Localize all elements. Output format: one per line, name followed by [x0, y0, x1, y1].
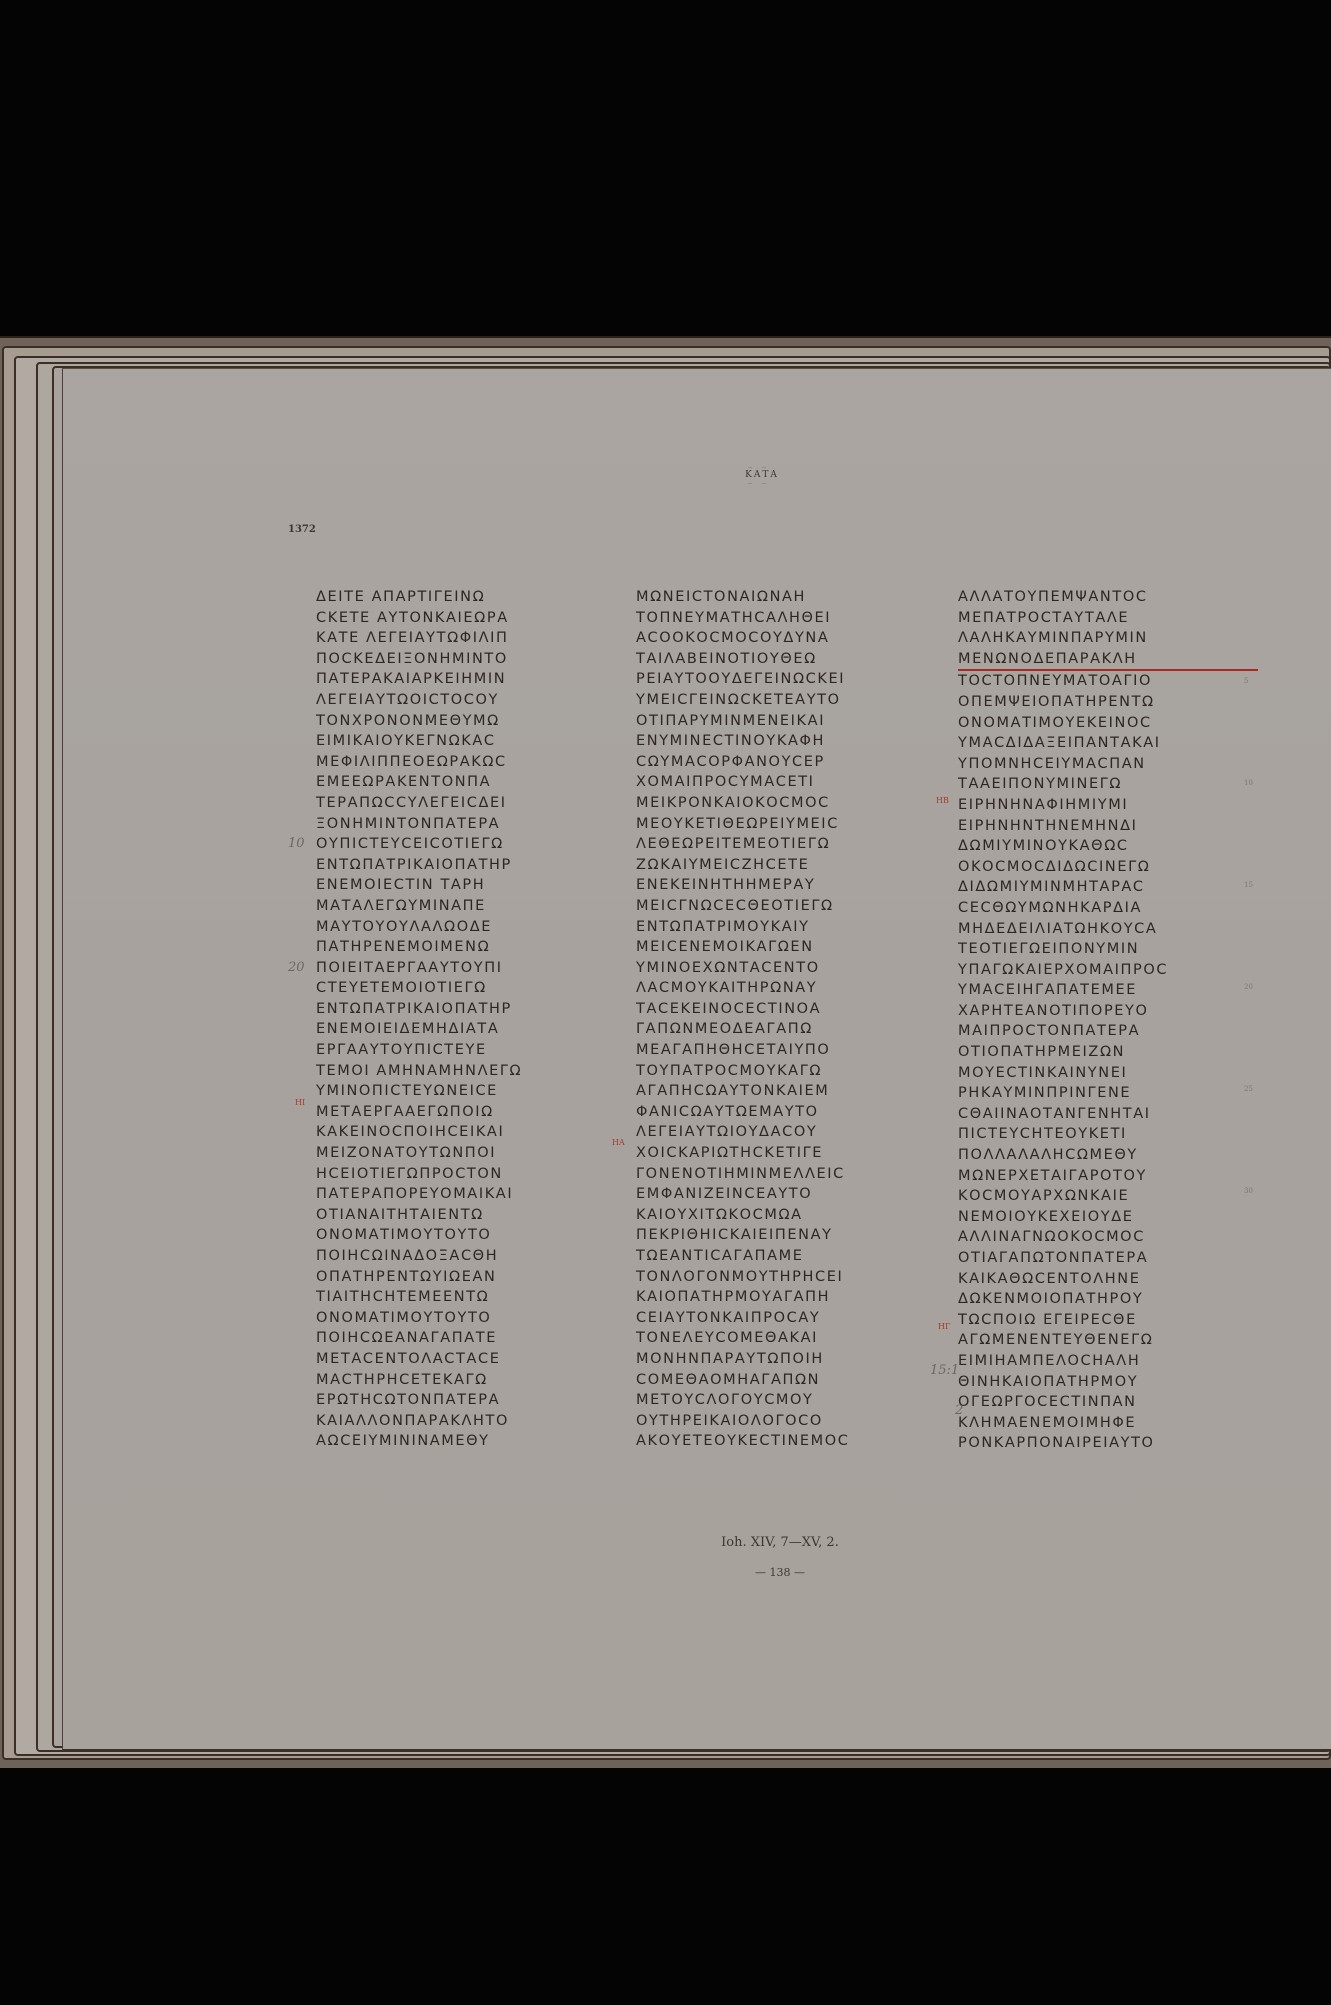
text-line: ΜΕΟΥΚΕΤΙΘΕΩΡΕΙΥΜΕΙC: [636, 814, 936, 835]
text-line: ΑΚΟΥΕΤΕΟΥΚΕCΤΙΝΕΜΟC: [636, 1431, 936, 1452]
text-line: ΔΩΜΙΥΜΙΝΟΥΚΑΘΩC: [958, 836, 1258, 857]
text-line: ΠΑΤΗΡΕΝΕΜΟΙΜΕΝΩ: [316, 937, 616, 958]
text-line: ΚΟCΜΟΥΑΡΧΩΝΚΑΙΕ: [958, 1186, 1258, 1207]
column-number: 1372: [288, 524, 316, 535]
text-line: ΚΑΤΕ ΛΕΓΕΙΑΥΤΩΦΙΛΙΠ: [316, 628, 616, 649]
text-line: ΟΝΟΜΑΤΙΜΟΥΤΟΥΤΟ: [316, 1225, 616, 1246]
text-line: ΕΜΦΑΝΙΖΕΙΝCΕΑΥΤΟ: [636, 1184, 936, 1205]
text-line: ΠΑΤΕΡΑΚΑΙΑΡΚΕΙΗΜΙΝ: [316, 669, 616, 690]
text-line: ΛΑCΜΟΥΚΑΙΤΗΡΩΝΑΥ: [636, 978, 936, 999]
text-line: ΜΩΝΕΙCΤΟΝΑΙΩΝΑΗ: [636, 587, 936, 608]
text-line: ΜΕΙCΕΝΕΜΟΙΚΑΓΩΕΝ: [636, 937, 936, 958]
text-line: ΤΙΑΙΤΗCΗΤΕΜΕΕΝΤΩ: [316, 1287, 616, 1308]
text-line: ΟΥΠΙCΤΕΥCΕΙCΟΤΙΕΓΩ: [316, 834, 616, 855]
text-line: ΚΑΚΕΙΝΟCΠΟΙΗCΕΙΚΑΙ: [316, 1122, 616, 1143]
text-line: ΕΝΤΩΠΑΤΡΙΜΟΥΚΑΙΥ: [636, 917, 936, 938]
text-line: ΟΝΟΜΑΤΙΜΟΥΕΚΕΙΝΟC: [958, 713, 1258, 734]
text-line: ΛΕΓΕΙΑΥΤΩΙΟΥΔΑCΟΥ: [636, 1122, 936, 1143]
text-line: ΚΑΙΚΑΘΩCΕΝΤΟΛΗΝΕ: [958, 1269, 1258, 1290]
text-line: ΜΕΙΖΟΝΑΤΟΥΤΩΝΠΟΙ: [316, 1143, 616, 1164]
text-column-1: ΔΕΙΤΕ ΑΠΑΡΤΙΓΕΙΝΩ CΚΕΤΕ ΑΥΤΟΝΚΑΙΕΩΡΑ ΚΑΤ…: [316, 587, 616, 1452]
text-line: ΟΥΤΗΡΕΙΚΑΙΟΛΟΓΟCΟ: [636, 1411, 936, 1432]
text-line: ΥΠΟΜΝΗCΕΙΥΜΑCΠΑΝ: [958, 754, 1258, 775]
text-line: ΜΕΠΑΤΡΟCΤΑΥΤΑΛΕ: [958, 608, 1258, 629]
line-number: 15: [1244, 881, 1253, 889]
text-line: ΦΑΝΙCΩΑΥΤΩΕΜΑΥΤΟ: [636, 1102, 936, 1123]
text-line: ΜΕΙCΓΝΩCΕCΘΕΟΤΙΕΓΩ: [636, 896, 936, 917]
text-line: ΟΚΟCΜΟCΔΙΔΩCΙΝΕΓΩ: [958, 857, 1258, 878]
text-line: ΔΩΚΕΝΜΟΙΟΠΑΤΗΡΟΥ: [958, 1289, 1258, 1310]
text-line: ΕΝΕΜΟΙΕΙΔΕΜΗΔΙΑΤΑ: [316, 1019, 616, 1040]
text-line: ΟΤΙΟΠΑΤΗΡΜΕΙΖΩΝ: [958, 1042, 1258, 1063]
text-line: CΩΥΜΑCΟΡΦΑΝΟΥCΕΡ: [636, 752, 936, 773]
text-line: ΠΟΛΛΑΛΑΛΗCΩΜΕΘΥ: [958, 1145, 1258, 1166]
text-line: ΟΓΕΩΡΓΟCΕCΤΙΝΠΑΝ: [958, 1392, 1258, 1413]
text-line: ΕΙΜΙΚΑΙΟΥΚΕΓΝΩΚΑC: [316, 731, 616, 752]
text-line: ΑΛΛΙΝΑΓΝΩΟΚΟCΜΟC: [958, 1227, 1258, 1248]
text-line: ΜΕΤΟΥCΛΟΓΟΥCΜΟΥ: [636, 1390, 936, 1411]
text-line: ΤΩCΠΟΙΩ ΕΓΕΙΡΕCΘΕ: [958, 1310, 1258, 1331]
text-line: ΑΓΑΠΗCΩΑΥΤΟΝΚΑΙΕΜ: [636, 1081, 936, 1102]
text-line: ΧΑΡΗΤΕΑΝΟΤΙΠΟΡΕΥΟ: [958, 1001, 1258, 1022]
text-line: ΤΕΟΤΙΕΓΩΕΙΠΟΝΥΜΙΝ: [958, 939, 1258, 960]
text-line: ΤΑΑΕΙΠΟΝΥΜΙΝΕΓΩ: [958, 774, 1258, 795]
text-line: ΑΛΛΑΤΟΥΠΕΜΨΑΝΤΟC: [958, 587, 1258, 608]
text-line: ΚΛΗΜΑΕΝΕΜΟΙΜΗΦΕ: [958, 1413, 1258, 1434]
text-line: ΕΝΕΚΕΙΝΗΤΗΗΜΕΡΑΥ: [636, 875, 936, 896]
text-line: ΡΕΙΑΥΤΟΟΥΔΕΓΕΙΝΩCΚΕΙ: [636, 669, 936, 690]
text-line: ΚΑΙΟΠΑΤΗΡΜΟΥΑΓΑΠΗ: [636, 1287, 936, 1308]
scripture-reference: Ioh. XIV, 7—XV, 2.: [640, 1535, 920, 1550]
line-number: 25: [1244, 1085, 1253, 1093]
text-line: CΚΕΤΕ ΑΥΤΟΝΚΑΙΕΩΡΑ: [316, 608, 616, 629]
section-number-red: ΗΒ: [936, 796, 949, 805]
text-line: ΧΟΜΑΙΠΡΟCΥΜΑCΕΤΙ: [636, 772, 936, 793]
pencil-verse-note: 2: [955, 1403, 963, 1418]
pencil-verse-note: 20: [288, 960, 305, 975]
text-line: ΟΤΙΠΑΡΥΜΙΝΜΕΝΕΙΚΑΙ: [636, 711, 936, 732]
line-number: 20: [1244, 983, 1253, 991]
text-line: ΑΓΩΜΕΝΕΝΤΕΥΘΕΝΕΓΩ: [958, 1330, 1258, 1351]
text-line: ΥΜΙΝΟΕΧΩΝΤΑCΕΝΤΟ: [636, 958, 936, 979]
pencil-verse-note: 15:1: [930, 1363, 959, 1378]
text-line: ΟΤΙΑΝΑΙΤΗΤΑΙΕΝΤΩ: [316, 1205, 616, 1226]
text-line: ΜΟΝΗΝΠΑΡΑΥΤΩΠΟΙΗ: [636, 1349, 936, 1370]
text-line: ΡΟΝΚΑΡΠΟΝΑΙΡΕΙΑΥΤΟ: [958, 1433, 1258, 1454]
text-line: ΤΟΝΧΡΟΝΟΝΜΕΘΥΜΩ: [316, 711, 616, 732]
text-line: ΘΙΝΗΚΑΙΟΠΑΤΗΡΜΟΥ: [958, 1372, 1258, 1393]
line-number: 30: [1244, 1187, 1253, 1195]
text-line: ΤΕΜΟΙ ΑΜΗΝΑΜΗΝΛΕΓΩ: [316, 1061, 616, 1082]
text-line: ΤΑΙΛΑΒΕΙΝΟΤΙΟΥΘΕΩ: [636, 649, 936, 670]
text-line: CΟΜΕΘΑΟΜΗΑΓΑΠΩΝ: [636, 1370, 936, 1391]
text-line: ΚΑΙΑΛΛΟΝΠΑΡΑΚΛΗΤΟ: [316, 1411, 616, 1432]
text-line: ΜΩΝΕΡΧΕΤΑΙΓΑΡΟΤΟΥ: [958, 1166, 1258, 1187]
text-line: ΕΜΕΕΩΡΑΚΕΝΤΟΝΠΑ: [316, 772, 616, 793]
text-line: ΖΩΚΑΙΥΜΕΙCΖΗCΕΤΕ: [636, 855, 936, 876]
text-line: ΜΕΤΑCΕΝΤΟΛΑCΤΑCΕ: [316, 1349, 616, 1370]
pencil-verse-note: 10: [288, 836, 305, 851]
text-line: ΤΩΕΑΝΤΙCΑΓΑΠΑΜΕ: [636, 1246, 936, 1267]
text-line: ΥΜΕΙCΓΕΙΝΩCΚΕΤΕΑΥΤΟ: [636, 690, 936, 711]
text-line: ΕΝΤΩΠΑΤΡΙΚΑΙΟΠΑΤΗΡ: [316, 999, 616, 1020]
text-column-2: ΜΩΝΕΙCΤΟΝΑΙΩΝΑΗ ΤΟΠΝΕΥΜΑΤΗCΑΛΗΘΕΙ ΑCΟΟΚΟ…: [636, 587, 936, 1452]
section-number-red: ΗΙ: [295, 1098, 305, 1107]
text-line: ΠΟΙΕΙΤΑΕΡΓΑΑΥΤΟΥΠΙ: [316, 958, 616, 979]
text-line: ΟΤΙΑΓΑΠΩΤΟΝΠΑΤΕΡΑ: [958, 1248, 1258, 1269]
text-line: ΛΕΓΕΙΑΥΤΩΟΙCΤΟCΟΥ: [316, 690, 616, 711]
text-line: CΕCΘΩΥΜΩΝΗΚΑΡΔΙΑ: [958, 898, 1258, 919]
text-line: ΔΙΔΩΜΙΥΜΙΝΜΗΤΑΡΑC: [958, 877, 1258, 898]
text-line: ΥΜΙΝΟΠΙCΤΕΥΩΝΕΙCΕ: [316, 1081, 616, 1102]
ornament-icon: ‥‥: [740, 480, 784, 486]
text-line: ΟΠΑΤΗΡΕΝΤΩΥΙΩΕΑΝ: [316, 1267, 616, 1288]
text-line: ΜΗΔΕΔΕΙΛΙΑΤΩΗΚΟΥCΑ: [958, 919, 1258, 940]
page-number: — 138 —: [640, 1566, 920, 1579]
text-line: ΜΕΙΚΡΟΝΚΑΙΟΚΟCΜΟC: [636, 793, 936, 814]
text-line: ΕΡΩΤΗCΩΤΟΝΠΑΤΕΡΑ: [316, 1390, 616, 1411]
text-line: ΤΟΠΝΕΥΜΑΤΗCΑΛΗΘΕΙ: [636, 608, 936, 629]
text-line: CΤΕΥΕΤΕΜΟΙΟΤΙΕΓΩ: [316, 978, 616, 999]
text-line: ΜΑΤΑΛΕΓΩΥΜΙΝΑΠΕ: [316, 896, 616, 917]
text-line: CΘΑΙΙΝΑΟΤΑΝΓΕΝΗΤΑΙ: [958, 1104, 1258, 1125]
line-number: 5: [1244, 677, 1248, 685]
text-line: ΥΜΑCΕΙΗΓΑΠΑΤΕΜΕΕ: [958, 980, 1258, 1001]
text-line: ΜΑΙΠΡΟCΤΟΝΠΑΤΕΡΑ: [958, 1021, 1258, 1042]
text-line: ΚΑΙΟΥΧΙΤΩΚΟCΜΩΑ: [636, 1205, 936, 1226]
text-line-underlined: ΜΕΝΩΝΟΔΕΠΑΡΑΚΛΗ: [958, 649, 1258, 672]
text-line: ΗCΕΙΟΤΙΕΓΩΠΡΟCΤΟΝ: [316, 1164, 616, 1185]
text-line: ΕΙΡΗΝΗΝΑΦΙΗΜΙΥΜΙ: [958, 795, 1258, 816]
text-line: ΓΑΠΩΝΜΕΟΔΕΑΓΑΠΩ: [636, 1019, 936, 1040]
text-line: ΜΕΑΓΑΠΗΘΗCΕΤΑΙΥΠΟ: [636, 1040, 936, 1061]
text-line: ΕΙΡΗΝΗΝΤΗΝΕΜΗΝΔΙ: [958, 816, 1258, 837]
text-line: ΕΝΤΩΠΑΤΡΙΚΑΙΟΠΑΤΗΡ: [316, 855, 616, 876]
text-line: CΕΙΑΥΤΟΝΚΑΙΠΡΟCΑΥ: [636, 1308, 936, 1329]
text-line: ΕΝΕΜΟΙΕCΤΙΝ ΤΑΡΗ: [316, 875, 616, 896]
text-line: ΝΕΜΟΙΟΥΚΕΧΕΙΟΥΔΕ: [958, 1207, 1258, 1228]
text-line: ΛΕΘΕΩΡΕΙΤΕΜΕΟΤΙΕΓΩ: [636, 834, 936, 855]
text-line: ΔΕΙΤΕ ΑΠΑΡΤΙΓΕΙΝΩ: [316, 587, 616, 608]
text-line: ΠΙCΤΕΥCΗΤΕΟΥΚΕΤΙ: [958, 1124, 1258, 1145]
text-line: ΞΟΝΗΜΙΝΤΟΝΠΑΤΕΡΑ: [316, 814, 616, 835]
text-line: ΜΟΥΕCΤΙΝΚΑΙΝΥΝΕΙ: [958, 1063, 1258, 1084]
running-head: ‥‥ ΚΑΤΑ ‥‥: [740, 464, 784, 486]
text-line: ΟΝΟΜΑΤΙΜΟΥΤΟΥΤΟ: [316, 1308, 616, 1329]
text-line: ΑΩCΕΙΥΜΙΝΙΝΑΜΕΘΥ: [316, 1431, 616, 1452]
text-line: ΠΟΙΗCΩΙΝΑΔΟΞΑCΘΗ: [316, 1246, 616, 1267]
text-line: ΧΟΙCΚΑΡΙΩΤΗCΚΕΤΙΓΕ: [636, 1143, 936, 1164]
text-line: ΑCΟΟΚΟCΜΟCΟΥΔΥΝΑ: [636, 628, 936, 649]
text-line: ΤΟΥΠΑΤΡΟCΜΟΥΚΑΓΩ: [636, 1061, 936, 1082]
text-line: ΜΑΥΤΟΥΟΥΛΑΛΩΟΔΕ: [316, 917, 616, 938]
text-line: ΜΕΦΙΛΙΠΠΕΟΕΩΡΑΚΩC: [316, 752, 616, 773]
text-line: ΤΟCΤΟΠΝΕΥΜΑΤΟΑΓΙΟ: [958, 671, 1258, 692]
text-column-3: ΑΛΛΑΤΟΥΠΕΜΨΑΝΤΟC ΜΕΠΑΤΡΟCΤΑΥΤΑΛΕ ΛΑΛΗΚΑΥ…: [958, 587, 1258, 1454]
section-number-red: ΗΓ: [938, 1322, 951, 1331]
text-line: ΛΑΛΗΚΑΥΜΙΝΠΑΡΥΜΙΝ: [958, 628, 1258, 649]
text-line: ΠΕΚΡΙΘΗΙCΚΑΙΕΙΠΕΝΑΥ: [636, 1225, 936, 1246]
text-line: ΤΑCΕΚΕΙΝΟCΕCΤΙΝΟΑ: [636, 999, 936, 1020]
text-line: ΡΗΚΑΥΜΙΝΠΡΙΝΓΕΝΕ: [958, 1083, 1258, 1104]
text-line: ΠΑΤΕΡΑΠΟΡΕΥΟΜΑΙΚΑΙ: [316, 1184, 616, 1205]
section-number-red: ΗΑ: [612, 1138, 625, 1147]
text-line: ΕΝΥΜΙΝΕCΤΙΝΟΥΚΑΦΗ: [636, 731, 936, 752]
text-line: ΟΠΕΜΨΕΙΟΠΑΤΗΡΕΝΤΩ: [958, 692, 1258, 713]
text-line: ΠΟΙΗCΩΕΑΝΑΓΑΠΑΤΕ: [316, 1328, 616, 1349]
text-line: ΜΑCΤΗΡΗCΕΤΕΚΑΓΩ: [316, 1370, 616, 1391]
text-line: ΤΟΝΕΛΕΥCΟΜΕΘΑΚΑΙ: [636, 1328, 936, 1349]
text-line: ΤΟΝΛΟΓΟΝΜΟΥΤΗΡΗCΕΙ: [636, 1267, 936, 1288]
text-line: ΜΕΤΑΕΡΓΑΑΕΓΩΠΟΙΩ: [316, 1102, 616, 1123]
line-number: 10: [1244, 779, 1253, 787]
text-line: ΠΟCΚΕΔΕΙΞΟΝΗΜΙΝΤΟ: [316, 649, 616, 670]
text-line: ΕΡΓΑΑΥΤΟΥΠΙCΤΕΥΕ: [316, 1040, 616, 1061]
text-line: ΥΜΑCΔΙΔΑΞΕΙΠΑΝΤΑΚΑΙ: [958, 733, 1258, 754]
text-line: ΤΕΡΑΠΩCCΥΛΕΓΕΙCΔΕΙ: [316, 793, 616, 814]
text-line: ΕΙΜΙΗΑΜΠΕΛΟCΗΑΛΗ: [958, 1351, 1258, 1372]
text-line: ΓΟΝΕΝΟΤΙΗΜΙΝΜΕΛΛΕΙC: [636, 1164, 936, 1185]
text-line: ΥΠΑΓΩΚΑΙΕΡΧΟΜΑΙΠΡΟC: [958, 960, 1258, 981]
